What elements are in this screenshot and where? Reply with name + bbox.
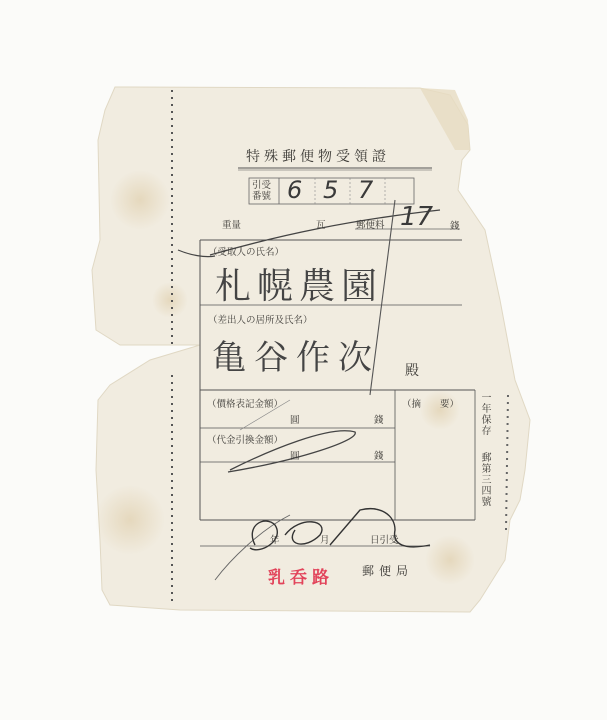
declared-yen-unit: 圓: [290, 412, 300, 426]
weight-label: 重量: [222, 217, 241, 231]
receipt-number-label: 引受 番號: [252, 180, 271, 202]
remarks-label: （摘 要）: [402, 396, 459, 410]
cod-sen-unit: 錢: [374, 448, 384, 462]
post-office-stamp: 乳呑路: [268, 563, 334, 588]
sender-handwritten: 亀谷作次: [212, 330, 380, 379]
cod-yen-unit: 圓: [290, 448, 300, 462]
receipt-digit-1: 6: [287, 176, 302, 204]
receipt-digit-2: 5: [323, 176, 338, 204]
weight-unit: 瓦: [316, 217, 326, 231]
sender-label: （差出人の居所及氏名）: [208, 312, 313, 326]
recipient-handwritten: 札幌農園: [215, 258, 383, 309]
postage-unit: 錢: [450, 218, 460, 232]
receipt-title: 特殊郵便物受領證: [246, 146, 390, 166]
recipient-label: （受取人の氏名）: [208, 244, 284, 258]
receipt-digit-3: 7: [358, 176, 373, 204]
form-number: 郵第三四號: [477, 452, 492, 507]
declared-value-label: （價格表記金額）: [207, 396, 283, 410]
postage-label: 郵便料: [356, 217, 385, 231]
sender-honorific: 殿: [405, 360, 419, 380]
post-office-label: 郵便局: [362, 562, 413, 579]
date-month-label: 月: [320, 532, 330, 546]
postage-handwritten: 17: [400, 202, 433, 232]
date-day-label: 日引受: [370, 532, 399, 546]
retention-note: 一年保存: [477, 392, 492, 436]
declared-sen-unit: 錢: [374, 412, 384, 426]
date-year-label: 年: [270, 532, 280, 546]
cod-amount-label: （代金引換金額）: [207, 432, 283, 446]
